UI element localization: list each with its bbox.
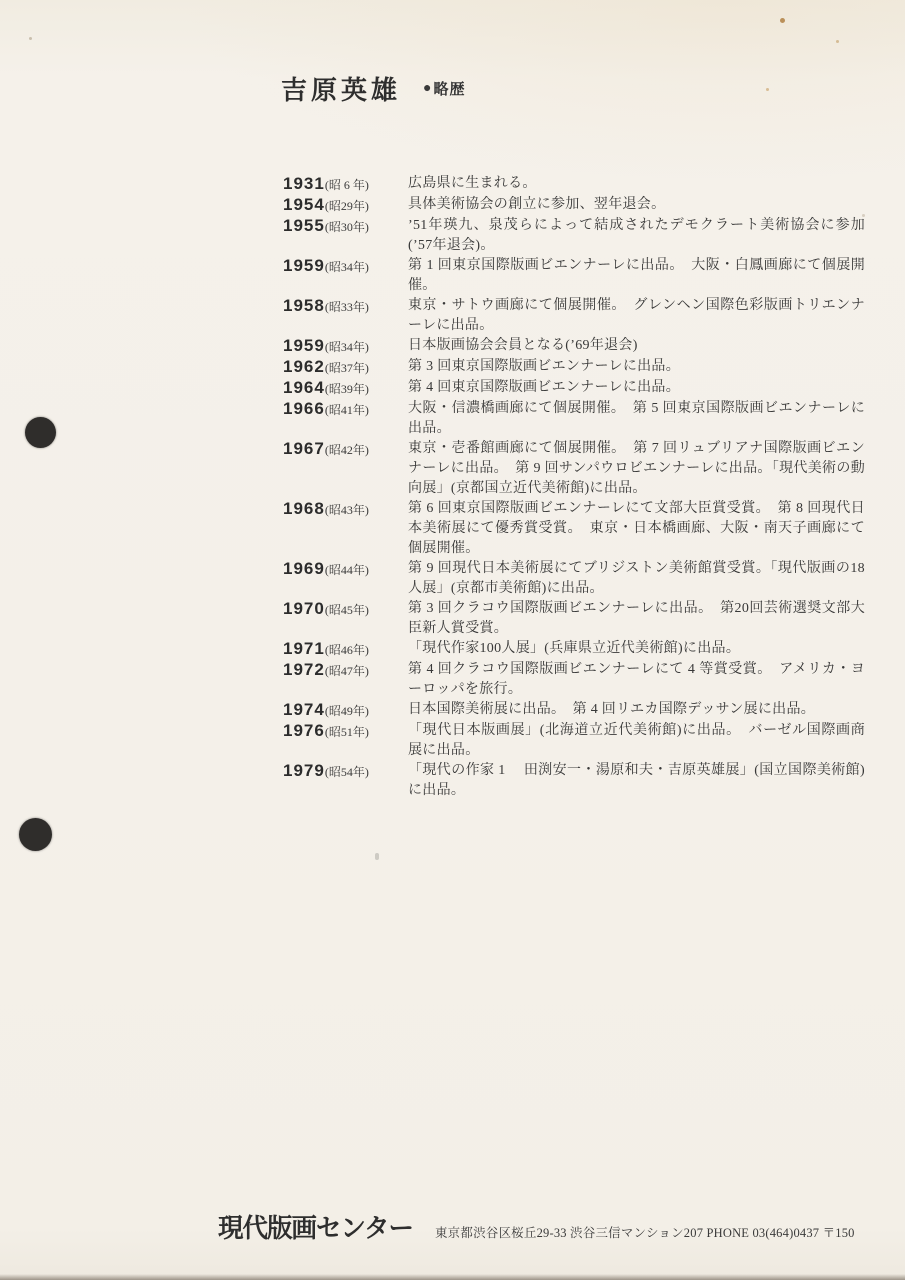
entry-text: 日本版画協会会員となる(’69年退会) <box>408 336 865 356</box>
entry-text: 第 6 回東京国際版画ビエンナーレにて文部大臣賞受賞。 第 8 回現代日本美術展… <box>408 499 865 559</box>
year-label: 1969 <box>283 559 325 578</box>
punch-hole-dot <box>19 818 52 851</box>
timeline-entry: 1972(昭47年) 第 4 回クラコウ国際版画ビエンナーレにて 4 等賞受賞。… <box>283 660 865 700</box>
entry-text: 「現代の作家 1 田渕安一・湯原和夫・吉原英雄展」(国立国際美術館)に出品。 <box>408 761 865 801</box>
year-label: 1959 <box>283 256 325 275</box>
entry-text: 「現代日本版画展」(北海道立近代美術館)に出品。 バーゼル国際画商展に出品。 <box>408 721 865 761</box>
scan-speck <box>29 37 32 40</box>
entry-text: 大阪・信濃橋画廊にて個展開催。 第 5 回東京国際版画ビエンナーレに出品。 <box>408 399 865 439</box>
year-label: 1970 <box>283 599 325 618</box>
era-label: (昭39年) <box>325 382 369 396</box>
era-label: (昭33年) <box>325 300 369 314</box>
era-label: (昭30年) <box>325 220 369 234</box>
era-label: (昭46年) <box>325 643 369 657</box>
year-column: 1976(昭51年) <box>283 721 408 742</box>
year-label: 1959 <box>283 336 325 355</box>
era-label: (昭34年) <box>325 340 369 354</box>
section-heading: ● 略歴 <box>423 78 465 99</box>
entry-text: 第 4 回クラコウ国際版画ビエンナーレにて 4 等賞受賞。 アメリカ・ヨーロッパ… <box>408 660 865 700</box>
entry-text: 第 9 回現代日本美術展にてブリジストン美術館賞受賞。「現代版画の18人展」(京… <box>408 559 865 599</box>
year-label: 1974 <box>283 700 325 719</box>
entry-text: 第 3 回東京国際版画ビエンナーレに出品。 <box>408 357 865 377</box>
year-label: 1931 <box>283 174 325 193</box>
year-column: 1958(昭33年) <box>283 296 408 317</box>
timeline-entry: 1971(昭46年) 「現代作家100人展」(兵庫県立近代美術館)に出品。 <box>283 639 865 660</box>
year-column: 1964(昭39年) <box>283 378 408 399</box>
scan-speck <box>375 853 379 860</box>
timeline-entry: 1959(昭34年) 第 1 回東京国際版画ビエンナーレに出品。 大阪・白鳳画廊… <box>283 256 865 296</box>
era-label: (昭44年) <box>325 563 369 577</box>
era-label: (昭45年) <box>325 603 369 617</box>
timeline-entry: 1931(昭 6 年) 広島県に生まれる。 <box>283 174 865 195</box>
document-header: 吉原英雄 ● 略歴 <box>281 70 466 107</box>
timeline-entry: 1979(昭54年) 「現代の作家 1 田渕安一・湯原和夫・吉原英雄展」(国立国… <box>283 761 865 801</box>
year-label: 1971 <box>283 639 325 658</box>
year-label: 1962 <box>283 357 325 376</box>
year-column: 1955(昭30年) <box>283 216 408 237</box>
year-label: 1966 <box>283 399 325 418</box>
era-label: (昭54年) <box>325 765 369 779</box>
timeline-entry: 1974(昭49年) 日本国際美術展に出品。 第 4 回リエカ国際デッサン展に出… <box>283 700 865 721</box>
era-label: (昭41年) <box>325 403 369 417</box>
era-label: (昭29年) <box>325 199 369 213</box>
year-column: 1972(昭47年) <box>283 660 408 681</box>
timeline-entry: 1962(昭37年) 第 3 回東京国際版画ビエンナーレに出品。 <box>283 357 865 378</box>
era-label: (昭49年) <box>325 704 369 718</box>
entry-text: ’51年瑛九、泉茂らによって結成されたデモクラート美術協会に参加 (’57年退会… <box>408 216 865 256</box>
entry-text: 広島県に生まれる。 <box>408 174 865 194</box>
entry-text: 第 4 回東京国際版画ビエンナーレに出品。 <box>408 378 865 398</box>
entry-text: 東京・サトウ画廊にて個展開催。 グレンヘン国際色彩版画トリエンナーレに出品。 <box>408 296 865 336</box>
entry-text: 第 1 回東京国際版画ビエンナーレに出品。 大阪・白鳳画廊にて個展開催。 <box>408 256 865 296</box>
timeline-entry: 1969(昭44年) 第 9 回現代日本美術展にてブリジストン美術館賞受賞。「現… <box>283 559 865 599</box>
year-column: 1971(昭46年) <box>283 639 408 660</box>
year-label: 1954 <box>283 195 325 214</box>
era-label: (昭51年) <box>325 725 369 739</box>
year-label: 1976 <box>283 721 325 740</box>
year-column: 1962(昭37年) <box>283 357 408 378</box>
scan-speck <box>780 18 785 23</box>
publisher-address: 東京都渋谷区桜丘29-33 渋谷三信マンション207 PHONE 03(464)… <box>435 1223 855 1245</box>
year-label: 1967 <box>283 439 325 458</box>
year-label: 1958 <box>283 296 325 315</box>
year-label: 1979 <box>283 761 325 780</box>
scanned-document-page: 吉原英雄 ● 略歴 1931(昭 6 年) 広島県に生まれる。 1954(昭29… <box>0 0 905 1280</box>
year-column: 1974(昭49年) <box>283 700 408 721</box>
year-label: 1964 <box>283 378 325 397</box>
entry-text: 日本国際美術展に出品。 第 4 回リエカ国際デッサン展に出品。 <box>408 700 865 720</box>
year-column: 1967(昭42年) <box>283 439 408 460</box>
timeline-entry: 1955(昭30年) ’51年瑛九、泉茂らによって結成されたデモクラート美術協会… <box>283 216 865 256</box>
year-column: 1959(昭34年) <box>283 256 408 277</box>
entry-text: 東京・壱番館画廊にて個展開催。 第 7 回リュブリアナ国際版画ビエンナーレに出品… <box>408 439 865 499</box>
year-column: 1979(昭54年) <box>283 761 408 782</box>
year-label: 1955 <box>283 216 325 235</box>
year-column: 1954(昭29年) <box>283 195 408 216</box>
bullet-icon: ● <box>423 82 431 96</box>
entry-text: 具体美術協会の創立に参加、翌年退会。 <box>408 195 865 215</box>
section-heading-label: 略歴 <box>433 78 465 99</box>
entry-text: 第 3 回クラコウ国際版画ビエンナーレに出品。 第20回芸術選奨文部大臣新人賞受… <box>408 599 865 639</box>
timeline-entry: 1970(昭45年) 第 3 回クラコウ国際版画ビエンナーレに出品。 第20回芸… <box>283 599 865 639</box>
year-label: 1968 <box>283 499 325 518</box>
timeline-entry: 1954(昭29年) 具体美術協会の創立に参加、翌年退会。 <box>283 195 865 216</box>
era-label: (昭 6 年) <box>325 178 369 192</box>
timeline-entry: 1964(昭39年) 第 4 回東京国際版画ビエンナーレに出品。 <box>283 378 865 399</box>
era-label: (昭43年) <box>325 503 369 517</box>
publisher-logo: 現代版画センター <box>218 1208 413 1245</box>
timeline-entry: 1968(昭43年) 第 6 回東京国際版画ビエンナーレにて文部大臣賞受賞。 第… <box>283 499 865 559</box>
era-label: (昭37年) <box>325 361 369 375</box>
era-label: (昭47年) <box>325 664 369 678</box>
year-column: 1969(昭44年) <box>283 559 408 580</box>
timeline: 1931(昭 6 年) 広島県に生まれる。 1954(昭29年) 具体美術協会の… <box>283 174 865 801</box>
year-label: 1972 <box>283 660 325 679</box>
year-column: 1970(昭45年) <box>283 599 408 620</box>
era-label: (昭42年) <box>325 443 369 457</box>
year-column: 1968(昭43年) <box>283 499 408 520</box>
timeline-entry: 1959(昭34年) 日本版画協会会員となる(’69年退会) <box>283 336 865 357</box>
page-title: 吉原英雄 <box>281 70 401 107</box>
timeline-entry: 1958(昭33年) 東京・サトウ画廊にて個展開催。 グレンヘン国際色彩版画トリ… <box>283 296 865 336</box>
scan-speck <box>766 88 769 91</box>
entry-text: 「現代作家100人展」(兵庫県立近代美術館)に出品。 <box>408 639 865 659</box>
punch-hole-dot <box>25 417 56 448</box>
era-label: (昭34年) <box>325 260 369 274</box>
timeline-entry: 1966(昭41年) 大阪・信濃橋画廊にて個展開催。 第 5 回東京国際版画ビエ… <box>283 399 865 439</box>
year-column: 1966(昭41年) <box>283 399 408 420</box>
timeline-entry: 1976(昭51年) 「現代日本版画展」(北海道立近代美術館)に出品。 バーゼル… <box>283 721 865 761</box>
scan-speck <box>836 40 839 43</box>
document-footer: 現代版画センター 東京都渋谷区桜丘29-33 渋谷三信マンション207 PHON… <box>218 1208 855 1245</box>
year-column: 1959(昭34年) <box>283 336 408 357</box>
timeline-entry: 1967(昭42年) 東京・壱番館画廊にて個展開催。 第 7 回リュブリアナ国際… <box>283 439 865 499</box>
year-column: 1931(昭 6 年) <box>283 174 408 195</box>
